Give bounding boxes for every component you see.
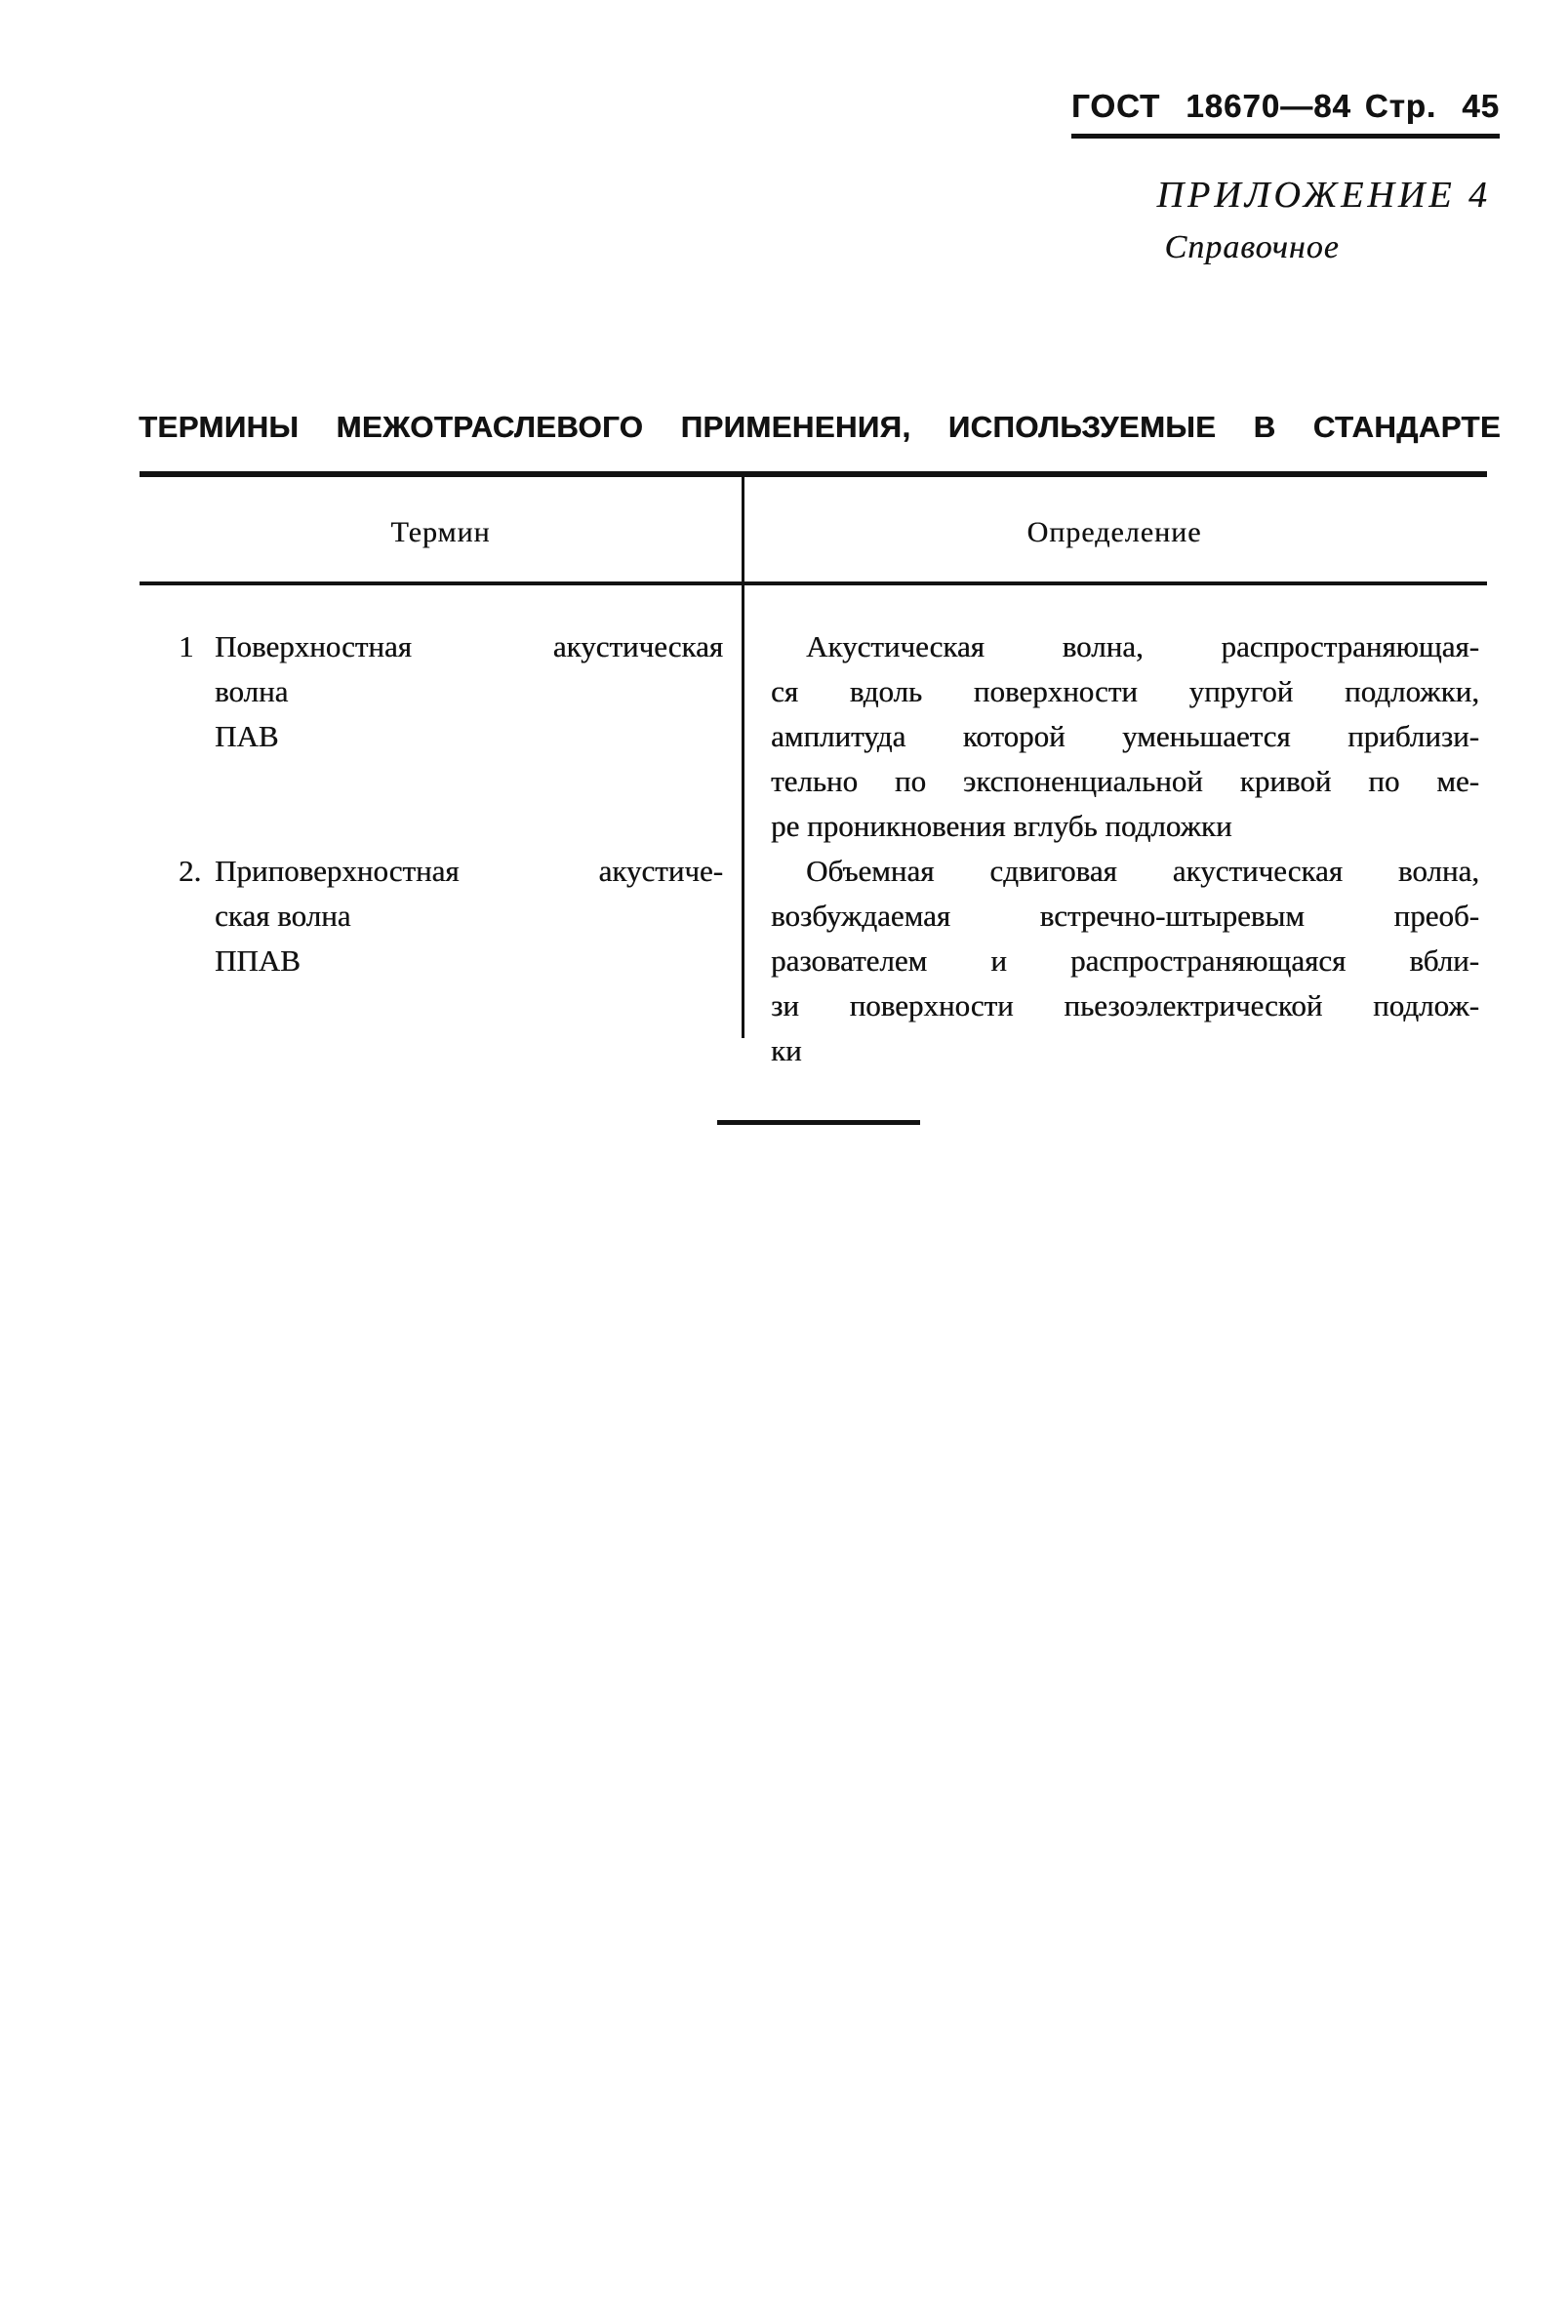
table-body: 1Поверхностная акустическаяволнаПАВАкуст… [140, 585, 1487, 1073]
table-row: 1Поверхностная акустическаяволнаПАВАкуст… [140, 624, 1487, 849]
column-divider [742, 477, 744, 1038]
definition-line: зи поверхности пьезоэлектрической подлож… [771, 983, 1479, 1028]
column-header-definition: Определение [742, 477, 1487, 581]
term-cell: 2.Приповерхностная акустиче-ская волнаПП… [140, 849, 742, 983]
definition-line: ре проникновения вглубь подложки [771, 804, 1479, 849]
term-line: волна [215, 669, 723, 714]
definition-line: разователем и распространяющаяся вбли- [771, 939, 1479, 983]
term-line: 1Поверхностная акустическая [215, 624, 723, 669]
definition-line: ки [771, 1028, 1479, 1073]
term-number: 1 [179, 624, 194, 669]
definition-line: Объемная сдвиговая акустическая волна, [771, 849, 1479, 894]
table-row: 2.Приповерхностная акустиче-ская волнаПП… [140, 849, 1487, 1073]
definition-line: амплитуда которой уменьшается приблизи- [771, 714, 1479, 759]
appendix-subtitle: Справочное [1165, 229, 1491, 266]
definition-line: тельно по экспоненциальной кривой по ме- [771, 759, 1479, 804]
terms-table: Термин Определение 1Поверхностная акусти… [140, 471, 1487, 1073]
end-rule [717, 1120, 920, 1125]
definition-cell: Акустическая волна, распространяющая-ся … [742, 624, 1487, 849]
term-text: Поверхностная акустическая [215, 629, 723, 663]
term-line: ПАВ [215, 714, 723, 759]
document-page: ГОСТ 18670—84Стр. 45 ПРИЛОЖЕНИЕ 4 Справо… [0, 0, 1568, 2324]
section-heading: ТЕРМИНЫ МЕЖОТРАСЛЕВОГО ПРИМЕНЕНИЯ, ИСПОЛ… [139, 410, 1501, 445]
term-line: 2.Приповерхностная акустиче- [215, 849, 723, 894]
appendix-block: ПРИЛОЖЕНИЕ 4 Справочное [1157, 174, 1491, 266]
definition-line: Акустическая волна, распространяющая- [771, 624, 1479, 669]
page-number: 45 [1462, 88, 1500, 124]
running-header: ГОСТ 18670—84Стр. 45 [1071, 88, 1500, 139]
page-label: Стр. [1365, 88, 1436, 124]
term-line: ская волна [215, 894, 723, 939]
column-header-term: Термин [140, 477, 742, 581]
term-cell: 1Поверхностная акустическаяволнаПАВ [140, 624, 742, 759]
term-number: 2. [179, 849, 201, 894]
definition-cell: Объемная сдвиговая акустическая волна,во… [742, 849, 1487, 1073]
term-line: ППАВ [215, 939, 723, 983]
doc-number: ГОСТ 18670—84 [1071, 88, 1351, 124]
table-header-row: Термин Определение [140, 477, 1487, 585]
definition-line: ся вдоль поверхности упругой подложки, [771, 669, 1479, 714]
appendix-title: ПРИЛОЖЕНИЕ 4 [1157, 174, 1491, 217]
term-text: Приповерхностная акустиче- [215, 854, 723, 888]
definition-line: возбуждаемая встречно-штыревым преоб- [771, 894, 1479, 939]
